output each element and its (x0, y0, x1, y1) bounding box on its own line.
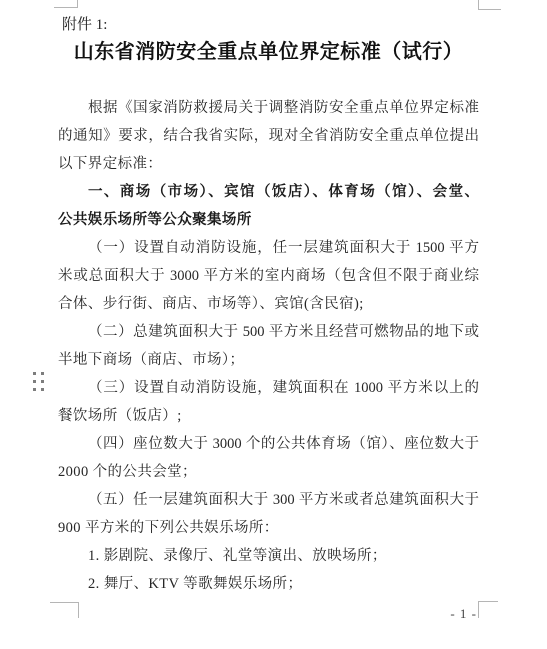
crop-mark-bottom-left-icon (50, 602, 79, 618)
handle-dot (41, 380, 44, 383)
document-line: 的通知》要求，结合我省实际，现对全省消防安全重点单位提出 (58, 122, 479, 150)
document-line: 2000 个的公共会堂； (58, 458, 479, 486)
drag-handle-dots-icon[interactable] (33, 372, 44, 391)
crop-mark-top-right-icon (478, 0, 501, 10)
document-line: 900 平方米的下列公共娱乐场所： (58, 514, 479, 542)
document-line: （三）设置自动消防设施，建筑面积在 1000 平方米以上的 (58, 374, 479, 402)
document-line: （五）任一层建筑面积大于 300 平方米或者总建筑面积大于 (58, 486, 479, 514)
document-line: 米或总面积大于 3000 平方米的室内商场（包含但不限于商业综 (58, 262, 479, 290)
document-page: 附件 1: 山东省消防安全重点单位界定标准（试行） 根据《国家消防救援局关于调整… (0, 0, 547, 649)
handle-dot (41, 372, 44, 375)
document-line: （四）座位数大于 3000 个的公共体育场（馆）、座位数大于 (58, 430, 479, 458)
document-line: （一）设置自动消防设施，任一层建筑面积大于 1500 平方 (58, 234, 479, 262)
handle-dot (33, 388, 36, 391)
document-line: （二）总建筑面积大于 500 平方米且经营可燃物品的地下或 (58, 318, 479, 346)
document-line: 半地下商场（商店、市场）； (58, 346, 479, 374)
document-line: 1. 影剧院、录像厅、礼堂等演出、放映场所； (58, 542, 479, 570)
handle-dot (41, 388, 44, 391)
document-line: 一、商场（市场）、宾馆（饭店）、体育场（馆）、会堂、 (58, 178, 479, 206)
handle-dot (33, 372, 36, 375)
crop-mark-top-left-icon (54, 0, 78, 8)
document-line: 公共娱乐场所等公众聚集场所 (58, 206, 479, 234)
page-title: 山东省消防安全重点单位界定标准（试行） (58, 39, 479, 65)
document-line: 2. 舞厅、KTV 等歌舞娱乐场所； (58, 570, 479, 598)
document-body: 根据《国家消防救援局关于调整消防安全重点单位界定标准的通知》要求，结合我省实际，… (58, 94, 479, 598)
document-line: 根据《国家消防救援局关于调整消防安全重点单位界定标准 (58, 94, 479, 122)
handle-dot (33, 380, 36, 383)
attachment-label: 附件 1: (62, 14, 107, 36)
document-line: 以下界定标准： (58, 150, 479, 178)
document-line: 合体、步行街、商店、市场等）、宾馆(含民宿); (58, 290, 479, 318)
document-line: 餐饮场所（饭店）; (58, 402, 479, 430)
page-number: - 1 - (450, 606, 477, 622)
crop-mark-bottom-right-icon (478, 601, 498, 618)
